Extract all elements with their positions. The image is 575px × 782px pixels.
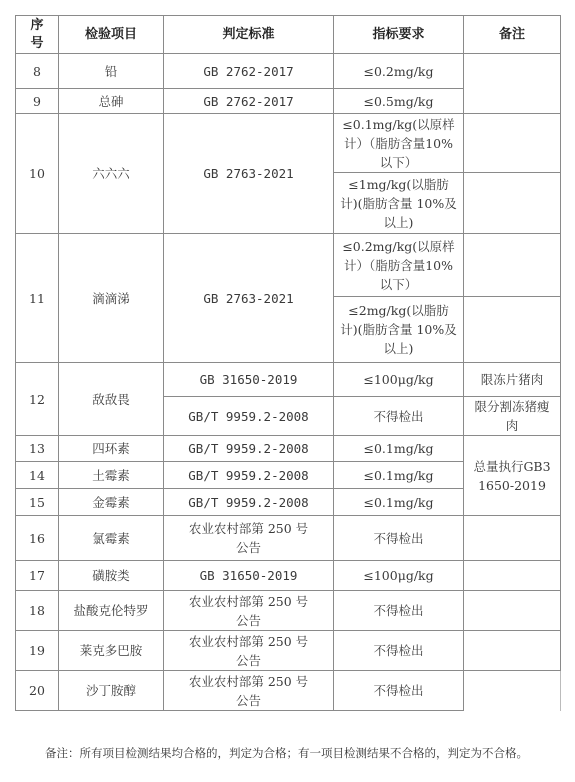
cell-standard: GB 2763-2021 — [164, 234, 334, 363]
cell-requirement: ≤0.2mg/kg(以原样计）（脂肪含量10%以下） — [334, 234, 464, 297]
cell-standard: GB 2762-2017 — [164, 54, 334, 89]
cell-requirement: 不得检出 — [334, 671, 464, 711]
cell-item: 敌敌畏 — [59, 363, 164, 436]
cell-no: 14 — [16, 462, 59, 489]
cell-standard: GB/T 9959.2-2008 — [164, 489, 334, 516]
cell-no: 18 — [16, 591, 59, 631]
cell-no: 17 — [16, 561, 59, 591]
cell-no: 10 — [16, 114, 59, 234]
cell-requirement: ≤0.2mg/kg — [334, 54, 464, 89]
cell-standard: GB 31650-2019 — [164, 561, 334, 591]
cell-item: 总砷 — [59, 89, 164, 114]
cell-no: 11 — [16, 234, 59, 363]
cell-remark: 限冻片猪肉 — [464, 363, 561, 397]
cell-requirement: 不得检出 — [334, 591, 464, 631]
cell-remark-empty — [464, 234, 561, 297]
table-row: 19 莱克多巴胺 农业农村部第 250 号公告 不得检出 — [16, 631, 561, 671]
table-row: 11 滴滴涕 GB 2763-2021 ≤0.2mg/kg(以原样计）（脂肪含量… — [16, 234, 561, 297]
cell-standard: 农业农村部第 250 号公告 — [164, 591, 334, 631]
cell-standard: GB/T 9959.2-2008 — [164, 462, 334, 489]
header-requirement: 指标要求 — [334, 16, 464, 54]
header-standard: 判定标准 — [164, 16, 334, 54]
cell-requirement: ≤0.5mg/kg — [334, 89, 464, 114]
cell-requirement: 不得检出 — [334, 397, 464, 436]
cell-no: 19 — [16, 631, 59, 671]
cell-remark-empty — [464, 54, 561, 114]
cell-item: 氯霉素 — [59, 516, 164, 561]
cell-no: 9 — [16, 89, 59, 114]
header-test-item: 检验项目 — [59, 16, 164, 54]
header-serial-no: 序号 — [16, 16, 59, 54]
cell-requirement: ≤0.1mg/kg — [334, 489, 464, 516]
table-row: 13 四环素 GB/T 9959.2-2008 ≤0.1mg/kg 总量执行GB… — [16, 436, 561, 462]
table-header-row: 序号 检验项目 判定标准 指标要求 备注 — [16, 16, 561, 54]
cell-standard: 农业农村部第 250 号公告 — [164, 516, 334, 561]
cell-standard: 农业农村部第 250 号公告 — [164, 671, 334, 711]
cell-standard: GB 31650-2019 — [164, 363, 334, 397]
cell-remark-empty — [464, 114, 561, 173]
cell-no: 20 — [16, 671, 59, 711]
cell-remark-empty — [464, 561, 561, 591]
cell-item: 土霉素 — [59, 462, 164, 489]
table-row: 16 氯霉素 农业农村部第 250 号公告 不得检出 — [16, 516, 561, 561]
cell-remark-empty — [464, 591, 561, 631]
cell-remark-empty — [464, 516, 561, 561]
cell-requirement: ≤100μg/kg — [334, 363, 464, 397]
cell-item: 莱克多巴胺 — [59, 631, 164, 671]
cell-requirement: ≤0.1mg/kg — [334, 436, 464, 462]
cell-item: 金霉素 — [59, 489, 164, 516]
cell-item: 磺胺类 — [59, 561, 164, 591]
table-row: 20 沙丁胺醇 农业农村部第 250 号公告 不得检出 — [16, 671, 561, 711]
cell-item: 六六六 — [59, 114, 164, 234]
footnote-remark: 备注：所有项目检测结果均合格的，判定为合格；有一项目检测结果不合格的，判定为不合… — [15, 736, 560, 771]
cell-item: 铅 — [59, 54, 164, 89]
cell-no: 12 — [16, 363, 59, 436]
cell-remark: 总量执行GB31650-2019 — [464, 436, 561, 516]
cell-standard: GB 2763-2021 — [164, 114, 334, 234]
cell-remark-empty — [464, 671, 561, 711]
cell-standard: GB/T 9959.2-2008 — [164, 397, 334, 436]
cell-requirement: 不得检出 — [334, 631, 464, 671]
cell-requirement: ≤0.1mg/kg — [334, 462, 464, 489]
cell-no: 16 — [16, 516, 59, 561]
cell-requirement: ≤100μg/kg — [334, 561, 464, 591]
header-remark: 备注 — [464, 16, 561, 54]
table-row: 12 敌敌畏 GB 31650-2019 ≤100μg/kg 限冻片猪肉 — [16, 363, 561, 397]
cell-item: 沙丁胺醇 — [59, 671, 164, 711]
table-row: 8 铅 GB 2762-2017 ≤0.2mg/kg — [16, 54, 561, 89]
cell-remark-empty — [464, 631, 561, 671]
table-row: 18 盐酸克伦特罗 农业农村部第 250 号公告 不得检出 — [16, 591, 561, 631]
cell-requirement: ≤2mg/kg(以脂肪计)(脂肪含量 10%及以上) — [334, 297, 464, 363]
cell-remark-empty — [464, 297, 561, 363]
cell-remark: 限分割冻猪瘦肉 — [464, 397, 561, 436]
cell-no: 13 — [16, 436, 59, 462]
cell-requirement: ≤1mg/kg(以脂肪计)(脂肪含量 10%及以上) — [334, 173, 464, 234]
cell-requirement: ≤0.1mg/kg(以原样计）（脂肪含量10%以下） — [334, 114, 464, 173]
table-row: 17 磺胺类 GB 31650-2019 ≤100μg/kg — [16, 561, 561, 591]
cell-item: 盐酸克伦特罗 — [59, 591, 164, 631]
cell-item: 滴滴涕 — [59, 234, 164, 363]
inspection-standards-table: 序号 检验项目 判定标准 指标要求 备注 8 铅 GB 2762-2017 ≤0… — [15, 15, 561, 711]
cell-standard: GB/T 9959.2-2008 — [164, 436, 334, 462]
table-row: 10 六六六 GB 2763-2021 ≤0.1mg/kg(以原样计）（脂肪含量… — [16, 114, 561, 173]
cell-standard: 农业农村部第 250 号公告 — [164, 631, 334, 671]
cell-item: 四环素 — [59, 436, 164, 462]
cell-no: 15 — [16, 489, 59, 516]
cell-requirement: 不得检出 — [334, 516, 464, 561]
cell-no: 8 — [16, 54, 59, 89]
cell-standard: GB 2762-2017 — [164, 89, 334, 114]
cell-remark-empty — [464, 173, 561, 234]
